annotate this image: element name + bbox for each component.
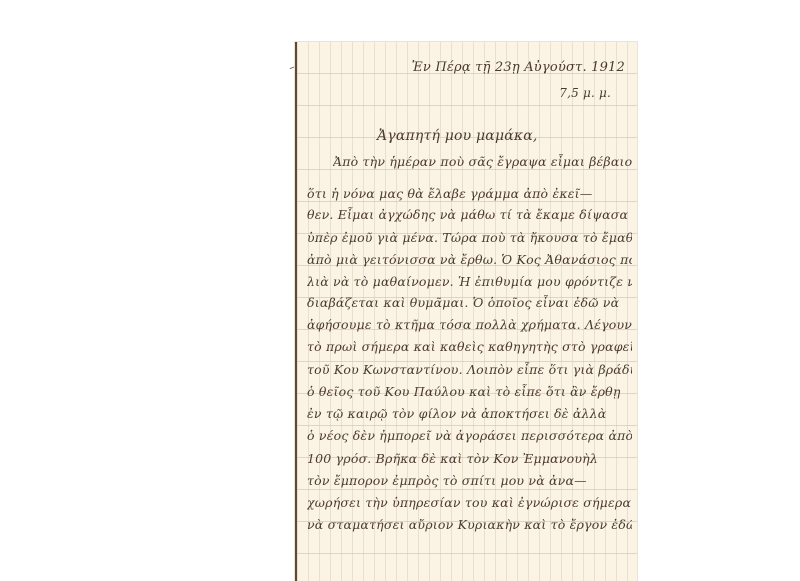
letter-line: ἐν τῷ καιρῷ τὸν φίλον νὰ ἀποκτήσει δὲ ἀλ…: [307, 406, 632, 421]
letter-line: διαβάζεται καὶ θυμᾶμαι. Ὁ ὁποῖος εἶναι ἐ…: [307, 295, 632, 310]
letter-line: χωρήσει τὴν ὑπηρεσίαν του καὶ ἐγνώρισε σ…: [307, 495, 632, 510]
letter-line: ἀφήσουμε τὸ κτῆμα τόσα πολλὰ χρήματα. Λέ…: [307, 317, 632, 332]
letter-line: τὸ πρωὶ σήμερα καὶ καθεὶς καθηγητὴς στὸ …: [307, 339, 632, 354]
letter-line: τοῦ Κου Κωνσταντίνου. Λοιπὸν εἶπε ὅτι γι…: [307, 362, 632, 377]
letter-line: ὅτι ἡ νόνα μας θὰ ἔλαβε γράμμα ἀπὸ ἐκεῖ—: [307, 186, 632, 201]
letter-line: νὰ σταματήσει αὔριον Κυριακὴν καὶ τὸ ἔργ…: [307, 517, 632, 532]
letter-line: ὁ νέος δὲν ἠμπορεῖ νὰ ἀγοράσει περισσότε…: [307, 428, 632, 443]
letter-line: Ἀπὸ τὴν ἡμέραν ποὺ σᾶς ἔγραψα εἶμαι βέβα…: [333, 154, 633, 169]
letter-line: θεν. Εἶμαι ἀγχώδης νὰ μάθω τί τὰ ἔκαμε δ…: [307, 207, 632, 222]
letter-line: τὸν ἔμπορον ἐμπρὸς τὸ σπίτι μου νὰ ἀνα—: [307, 473, 632, 488]
letter-line: λιὰ νὰ τὸ μαθαίνομεν. Ἡ ἐπιθυμία μου φρό…: [307, 274, 632, 289]
letter-place-date: Ἐν Πέρᾳ τῇ 23ῃ Αὐγούστ. 1912: [412, 60, 625, 75]
letter-line: ὁ θεῖος τοῦ Κου Παύλου καὶ τὸ εἶπε ὅτι ἂ…: [307, 384, 632, 399]
letter-line: ὑπὲρ ἐμοῦ γιὰ μένα. Τώρα ποὺ τὰ ἤκουσα τ…: [307, 230, 632, 245]
letter-greeting: Ἀγαπητή μου μαμάκα,: [377, 128, 538, 144]
letter-time: 7,5 μ. μ.: [559, 86, 611, 100]
letter-page: Ἐν Πέρᾳ τῇ 23ῃ Αὐγούστ. 1912 7,5 μ. μ. Ἀ…: [295, 42, 637, 581]
letter-line: 100 γρόσ. Βρῆκα δὲ καὶ τὸν Κον Ἐμμανουὴλ: [307, 451, 632, 466]
letter-line: ἀπὸ μιὰ γειτόνισσα νὰ ἔρθω. Ὁ Κος Ἀθανάσ…: [307, 252, 632, 267]
